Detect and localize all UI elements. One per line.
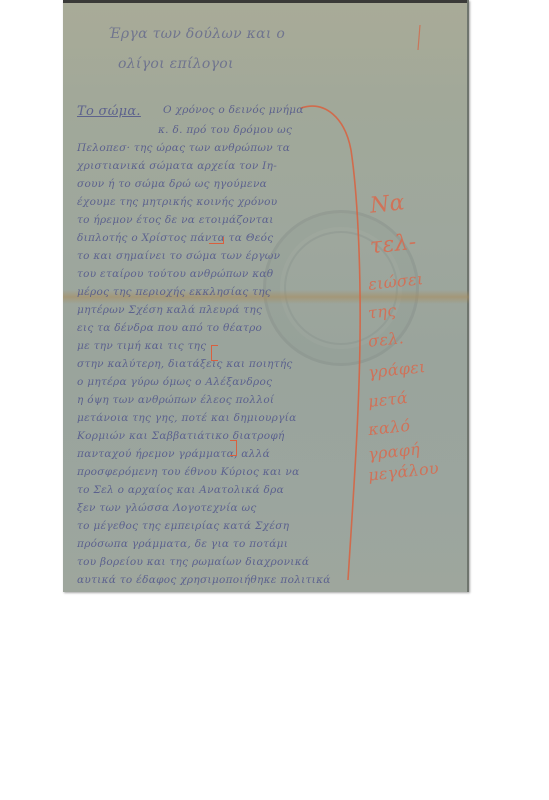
body-line: του βορείου και της ρωμαίων διαχρονικά (77, 556, 309, 568)
body-line: στην καλύτερη, διατάξεις και ποιητής (77, 358, 293, 370)
red-correction-mark (211, 345, 218, 361)
body-line: το μέγεθος της εμπειρίας κατά Σχέση (77, 520, 289, 532)
body-line: αυτικά το έδαφος χρησιμοποιήθηκε πολιτικ… (77, 574, 331, 586)
body-line: σουν ή το σώμα δρώ ως ηγούμενα (77, 178, 267, 190)
margin-note-line: Να (369, 190, 406, 218)
body-line: πανταχού ήρεμον γράμματα, αλλά (77, 448, 270, 460)
title-line-2: ολίγοι επίλογοι (118, 56, 234, 72)
body-line: Κορμιών και Σαββατιάτικο διατροφή (77, 430, 285, 442)
body-line: το και σημαίνει το σώμα των έργων (77, 250, 280, 262)
body-line: ξεν των γλώσσα Λογοτεχνία ως (77, 502, 257, 514)
section-heading: Το σώμα. (77, 104, 141, 119)
body-line: με την τιμή και τις της (77, 340, 206, 352)
manuscript-page: Έργα των δούλων και ο ολίγοι επίλογοι Το… (63, 0, 469, 592)
margin-note-line: της (367, 301, 397, 323)
red-correction-mark (230, 440, 237, 456)
body-line: μητέρων Σχέση καλά πλευρά της (77, 304, 262, 316)
body-line: το Σελ ο αρχαίος και Ανατολικά δρα (77, 484, 284, 496)
body-line: προσφερόμενη του έθνου Κύριος και να (77, 466, 300, 478)
body-line: εις τα δένδρα που από το θέατρο (77, 322, 262, 334)
body-line: ο μητέρα γύρω όμως ο Αλέξανδρος (77, 376, 272, 388)
body-line: Ο χρόνος ο δεινός μνήμα (163, 104, 304, 116)
body-line: Πελοπεσ· της ώρας των ανθρώπων τα (77, 142, 290, 154)
body-line: κ. δ. πρό του δρόμου ως (158, 124, 292, 136)
body-line: πρόσωπα γράμματα, δε για το ποτάμι (77, 538, 288, 550)
margin-note-line: τελ- (369, 230, 418, 260)
red-correction-mark (209, 237, 224, 244)
body-line: χριστιανικά σώματα αρχεία τον Ιη- (77, 160, 277, 172)
margin-note-line: σελ. (367, 328, 405, 351)
body-line: του εταίρου τούτου ανθρώπων καθ (77, 268, 273, 280)
body-line: μετάνοια της γης, ποτέ και δημιουργία (77, 412, 297, 424)
body-line: έχουμε της μητρικής κοινής χρόνου (77, 196, 277, 208)
body-line: μέρος της περιοχής εκκλησίας της (77, 286, 271, 298)
body-line: διπλοτής ο Χρίστος πάντα τα Θεός (77, 232, 273, 244)
body-line: η όψη των ανθρώπων έλεος πολλοί (77, 394, 274, 406)
title-line-1: Έργα των δούλων και ο (108, 26, 285, 42)
body-line: το ήρεμον έτος δε να ετοιμάζονται (77, 214, 274, 226)
